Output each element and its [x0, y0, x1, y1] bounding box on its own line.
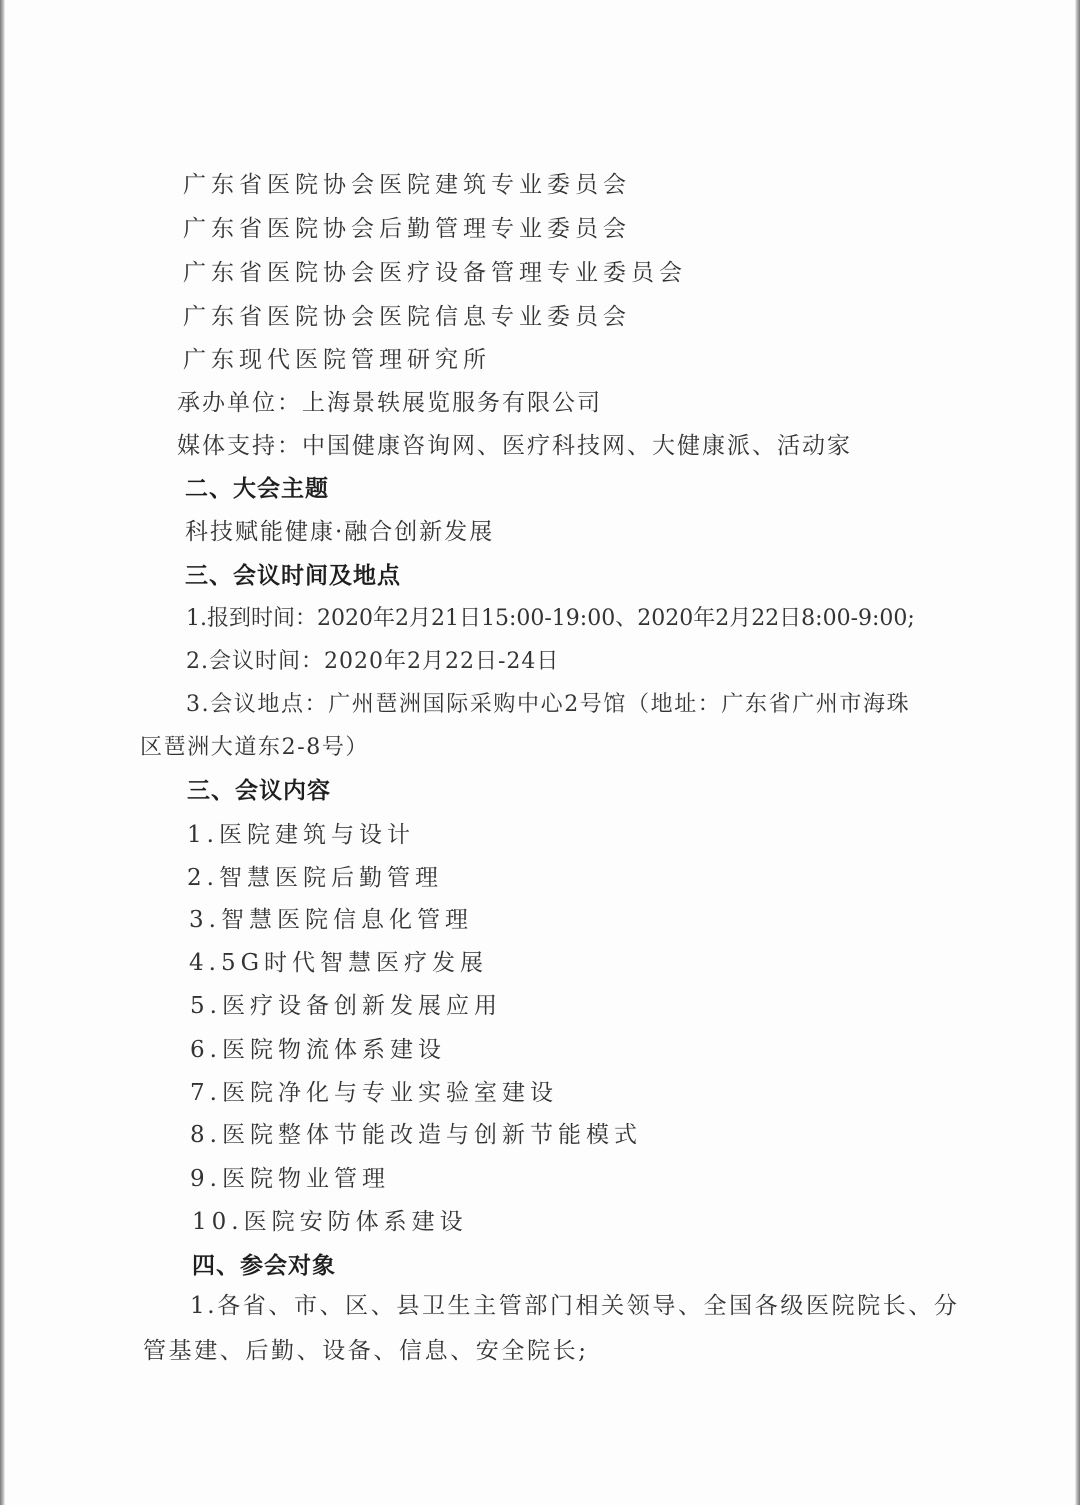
- content-item: 2.智慧医院后勤管理: [187, 863, 443, 893]
- attendee-line: 1.各省、市、区、县卫生主管部门相关领导、全国各级医院院长、分: [190, 1291, 960, 1321]
- host-unit-line: 承办单位：上海景轶展览服务有限公司: [177, 388, 602, 418]
- content-item: 7.医院净化与专业实验室建设: [190, 1078, 558, 1108]
- content-item: 6.医院物流体系建设: [190, 1035, 446, 1065]
- content-item: 8.医院整体节能改造与创新节能模式: [190, 1120, 642, 1150]
- content-item: 1.医院建筑与设计: [187, 820, 415, 850]
- meeting-location-line-cont: 区琶洲大道东2-8号）: [140, 733, 369, 763]
- organizer-line: 广东省医院协会后勤管理专业委员会: [183, 214, 631, 244]
- registration-time-line: 1.报到时间：2020年2月21日15:00-19:00、2020年2月22日8…: [186, 604, 915, 634]
- organizer-line: 广东省医院协会医院建筑专业委员会: [183, 170, 631, 200]
- media-support-line: 媒体支持：中国健康咨询网、医疗科技网、大健康派、活动家: [177, 431, 852, 461]
- section-heading-attendees: 四、参会对象: [192, 1251, 336, 1281]
- meeting-location-line: 3.会议地点：广州琶洲国际采购中心2号馆（地址：广东省广州市海珠: [186, 690, 910, 720]
- content-item: 3.智慧医院信息化管理: [189, 905, 473, 935]
- section-heading-theme: 二、大会主题: [185, 474, 329, 504]
- meeting-time-line: 2.会议时间：2020年2月22日-24日: [186, 647, 559, 677]
- content-item: 9.医院物业管理: [190, 1164, 390, 1194]
- section-heading-time-location: 三、会议时间及地点: [185, 561, 401, 591]
- content-item: 4.5G时代智慧医疗发展: [189, 948, 488, 978]
- organizer-line: 广东现代医院管理研究所: [183, 345, 491, 375]
- content-item: 10.医院安防体系建设: [192, 1207, 468, 1237]
- document-page: 广东省医院协会医院建筑专业委员会 广东省医院协会后勤管理专业委员会 广东省医院协…: [0, 0, 1080, 1505]
- organizer-line: 广东省医院协会医疗设备管理专业委员会: [183, 258, 687, 288]
- content-item: 5.医疗设备创新发展应用: [190, 991, 502, 1021]
- attendee-line-cont: 管基建、后勤、设备、信息、安全院长;: [143, 1336, 589, 1366]
- organizer-line: 广东省医院协会医院信息专业委员会: [183, 302, 631, 332]
- section-heading-content: 三、会议内容: [187, 776, 331, 806]
- theme-text: 科技赋能健康·融合创新发展: [185, 517, 494, 547]
